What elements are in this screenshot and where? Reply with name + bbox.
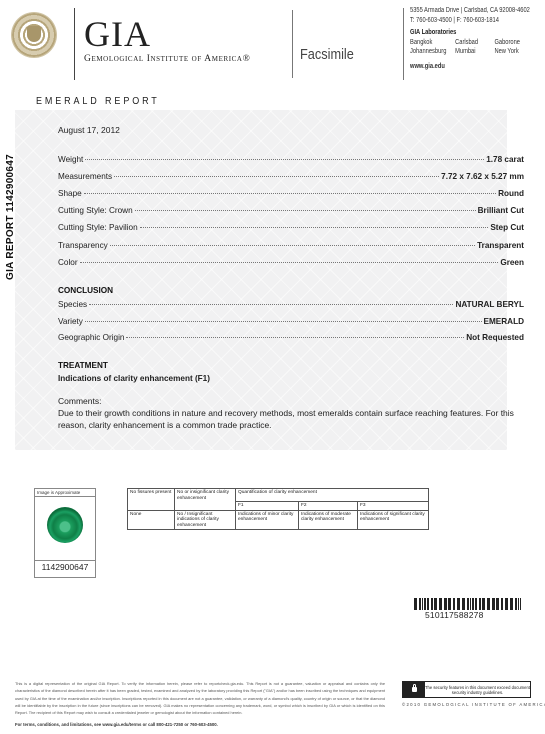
treatment-heading: TREATMENT [58,361,108,370]
table-cell: Indications of minor clarity enhancement [236,510,299,530]
property-row-pavilion: Cutting Style: PavilionStep Cut [58,223,524,232]
property-label: Geographic Origin [58,333,124,342]
leader-dots [84,193,496,194]
property-value: Transparent [477,241,524,250]
property-label: Color [58,258,78,267]
table-header-cell: Quantification of clarity enhancement [236,489,429,502]
property-value: Step Cut [490,223,524,232]
property-value: Not Requested [466,333,524,342]
table-row: None No / Insignificant indications of c… [128,510,429,530]
conclusion-heading: CONCLUSION [58,286,113,295]
gia-subtitle: Gemological Institute of America® [84,54,250,64]
security-notice: The security features in this document e… [402,681,531,698]
comments-body: Due to their growth conditions in nature… [58,407,528,431]
property-row-measurements: Measurements7.72 x 7.62 x 5.27 mm [58,172,524,181]
property-label: Cutting Style: Pavilion [58,223,138,232]
leader-dots [140,227,489,228]
table-row: No fissures present No or insignificant … [128,489,429,502]
property-label: Species [58,300,87,309]
property-value: 7.72 x 7.62 x 5.27 mm [441,172,524,181]
labs-title: GIA Laboratories [410,28,531,38]
leader-dots [110,245,475,246]
property-row-shape: ShapeRound [58,189,524,198]
disclaimer-text: This is a digital representation of the … [15,680,385,716]
lab-location: Bangkok [410,38,455,48]
table-cell: Indications of significant clarity enhan… [358,510,429,530]
image-caption: Image is Approximate [35,489,95,497]
facsimile-label: Facsimile [300,46,354,63]
report-title: EMERALD REPORT [36,96,160,107]
grade-header: F1 [236,502,299,511]
address-line: 5355 Armada Drive | Carlsbad, CA 92008-4… [410,6,531,16]
address-block: 5355 Armada Drive | Carlsbad, CA 92008-4… [410,6,531,71]
divider [35,560,95,561]
property-value: Round [498,189,524,198]
labs-list: Bangkok Carlsbad Gaborone Johannesburg M… [410,38,531,57]
property-label: Weight [58,155,83,164]
copyright: ©2010 GEMOLOGICAL INSTITUTE OF AMERICA, … [402,702,530,707]
grade-header: F2 [299,502,358,511]
leader-dots [85,159,484,160]
website-link[interactable]: www.gia.edu [410,62,531,72]
security-text: The security features in this document e… [425,685,530,695]
clarity-enhancement-table: No fissures present No or insignificant … [127,488,429,530]
image-report-number: 1142900647 [35,562,95,572]
barcode-icon [414,598,521,610]
property-value: Green [500,258,524,267]
lock-icon [403,682,425,697]
lab-location: Gaborone [494,38,531,48]
terms-link[interactable]: For terms, conditions, and limitations, … [15,722,218,727]
leader-dots [114,176,439,177]
property-row-transparency: TransparencyTransparent [58,241,524,250]
leader-dots [135,210,476,211]
lab-location: Johannesburg [410,47,455,57]
property-label: Variety [58,317,83,326]
property-value: Brilliant Cut [478,206,524,215]
header-divider [74,8,75,80]
leader-dots [126,337,464,338]
table-header-cell: No fissures present [128,489,175,511]
emerald-image [47,507,83,543]
property-row-crown: Cutting Style: CrownBrilliant Cut [58,206,524,215]
gia-seal-logo [12,13,56,57]
table-cell: Indications of moderate clarity enhancem… [299,510,358,530]
property-value: EMERALD [484,317,524,326]
table-header-cell: No or insignificant clarity enhancement [175,489,236,511]
header-divider [403,8,404,80]
phone-line: T: 760-603-4500 | F: 760-603-1814 [410,16,531,26]
treatment-indication: Indications of clarity enhancement (F1) [58,374,210,383]
leader-dots [85,321,482,322]
property-row-weight: Weight1.78 carat [58,155,524,164]
report-date: August 17, 2012 [58,125,120,135]
lab-location: New York [494,47,531,57]
property-value: 1.78 carat [486,155,524,164]
header-divider [292,10,293,78]
gia-wordmark: GIA [84,16,151,52]
conclusion-row-species: SpeciesNATURAL BERYL [58,300,524,309]
conclusion-row-variety: VarietyEMERALD [58,317,524,326]
conclusion-row-origin: Geographic OriginNot Requested [58,333,524,342]
grade-header: F3 [358,502,429,511]
shield-icon [27,26,41,42]
leader-dots [80,262,499,263]
lab-location: Carlsbad [455,38,494,48]
table-cell: None [128,510,175,530]
property-value: NATURAL BERYL [455,300,524,309]
vertical-report-number: GIA REPORT 1142900647 [5,154,16,280]
leader-dots [89,304,453,305]
comments-heading: Comments: [58,396,101,406]
lab-location: Mumbai [455,47,494,57]
property-label: Cutting Style: Crown [58,206,133,215]
barcode-number: 510117588278 [425,610,484,620]
property-row-color: ColorGreen [58,258,524,267]
property-label: Transparency [58,241,108,250]
property-label: Shape [58,189,82,198]
gem-image-box: Image is Approximate 1142900647 [34,488,96,578]
property-label: Measurements [58,172,112,181]
table-cell: No / Insignificant indications of clarit… [175,510,236,530]
